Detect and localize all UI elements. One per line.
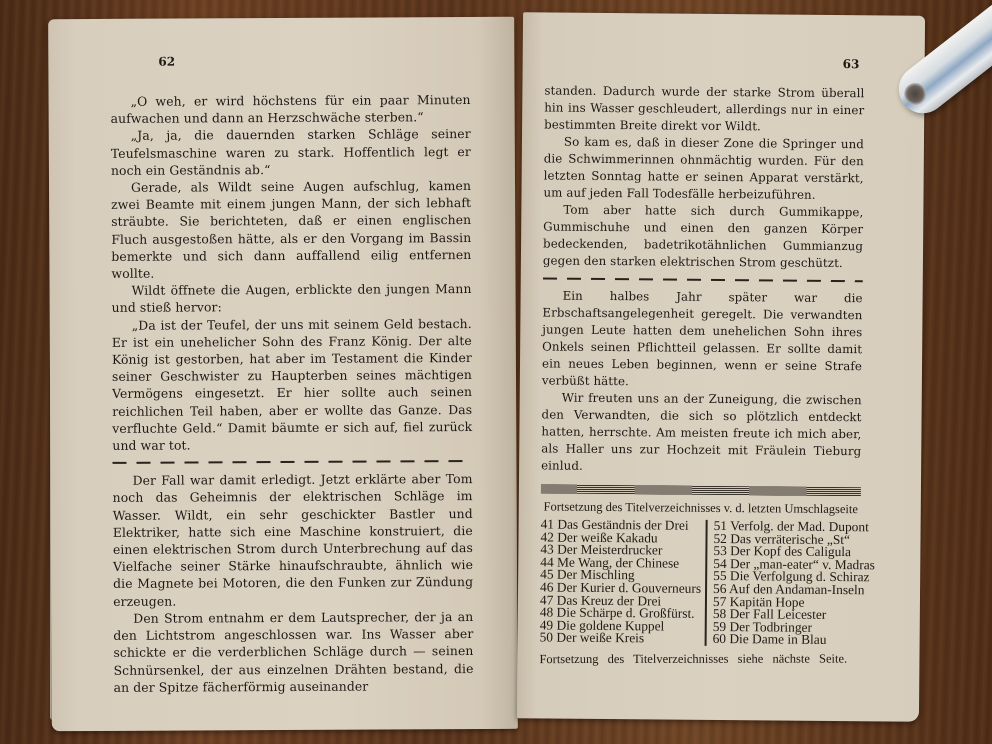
catalog-footer: Fortsetzung des Titelverzeichnisses sieh… bbox=[539, 651, 859, 667]
paragraph: standen. Dadurch wurde der starke Strom … bbox=[544, 82, 864, 136]
right-page-body: standen. Dadurch wurde der starke Strom … bbox=[539, 82, 864, 668]
catalog-title: Fortsetzung des Titelverzeichnisses v. d… bbox=[541, 499, 861, 517]
paragraph: „Da ist der Teufel, der uns mit seinem G… bbox=[112, 315, 473, 455]
paragraph: Gerade, als Wildt seine Augen aufschlug,… bbox=[111, 177, 472, 282]
paragraph: Der Fall war damit erledigt. Jetzt erklä… bbox=[113, 470, 474, 610]
paragraph: Tom aber hatte sich durch Gummikappe, Gu… bbox=[543, 201, 864, 272]
paragraph: So kam es, daß in dieser Zone die Spring… bbox=[543, 133, 864, 204]
right-page: 63 standen. Dadurch wurde der starke Str… bbox=[517, 12, 925, 721]
pen-cap-icon bbox=[900, 79, 931, 110]
left-page: 62 „O weh, er wird höchstens für ein paa… bbox=[48, 17, 518, 731]
section-break-dashes bbox=[543, 271, 863, 286]
paragraph: „Ja, ja, die dauernden starken Schläge s… bbox=[111, 125, 471, 178]
paragraph: Ein halbes Jahr später war die Erbschaft… bbox=[542, 287, 863, 392]
catalog-item: 50 Der weiße Kreis bbox=[540, 632, 701, 646]
page-number-left: 62 bbox=[158, 55, 175, 69]
paragraph: Wildt öffnete die Augen, erblickte den j… bbox=[112, 280, 472, 316]
catalog-item: 60 Die Dame in Blau bbox=[713, 633, 875, 647]
catalog-rule bbox=[541, 484, 861, 496]
catalog-column-right: 51 Verfolg. der Mad. Dupont 52 Das verrä… bbox=[707, 520, 876, 647]
page-number-right: 63 bbox=[843, 57, 860, 71]
paragraph: Den Strom entnahm er dem Lautsprecher, d… bbox=[113, 608, 473, 696]
left-page-body: „O weh, er wird höchstens für ein paar M… bbox=[111, 91, 474, 696]
section-break-dashes bbox=[112, 454, 472, 468]
catalog-column-left: 41 Das Geständnis der Drei 42 Der weiße … bbox=[540, 518, 708, 645]
paragraph: „O weh, er wird höchstens für ein paar M… bbox=[111, 91, 471, 127]
title-catalog: 41 Das Geständnis der Drei 42 Der weiße … bbox=[540, 518, 861, 647]
paragraph: Wir freuten uns an der Zuneigung, die zw… bbox=[541, 389, 862, 477]
